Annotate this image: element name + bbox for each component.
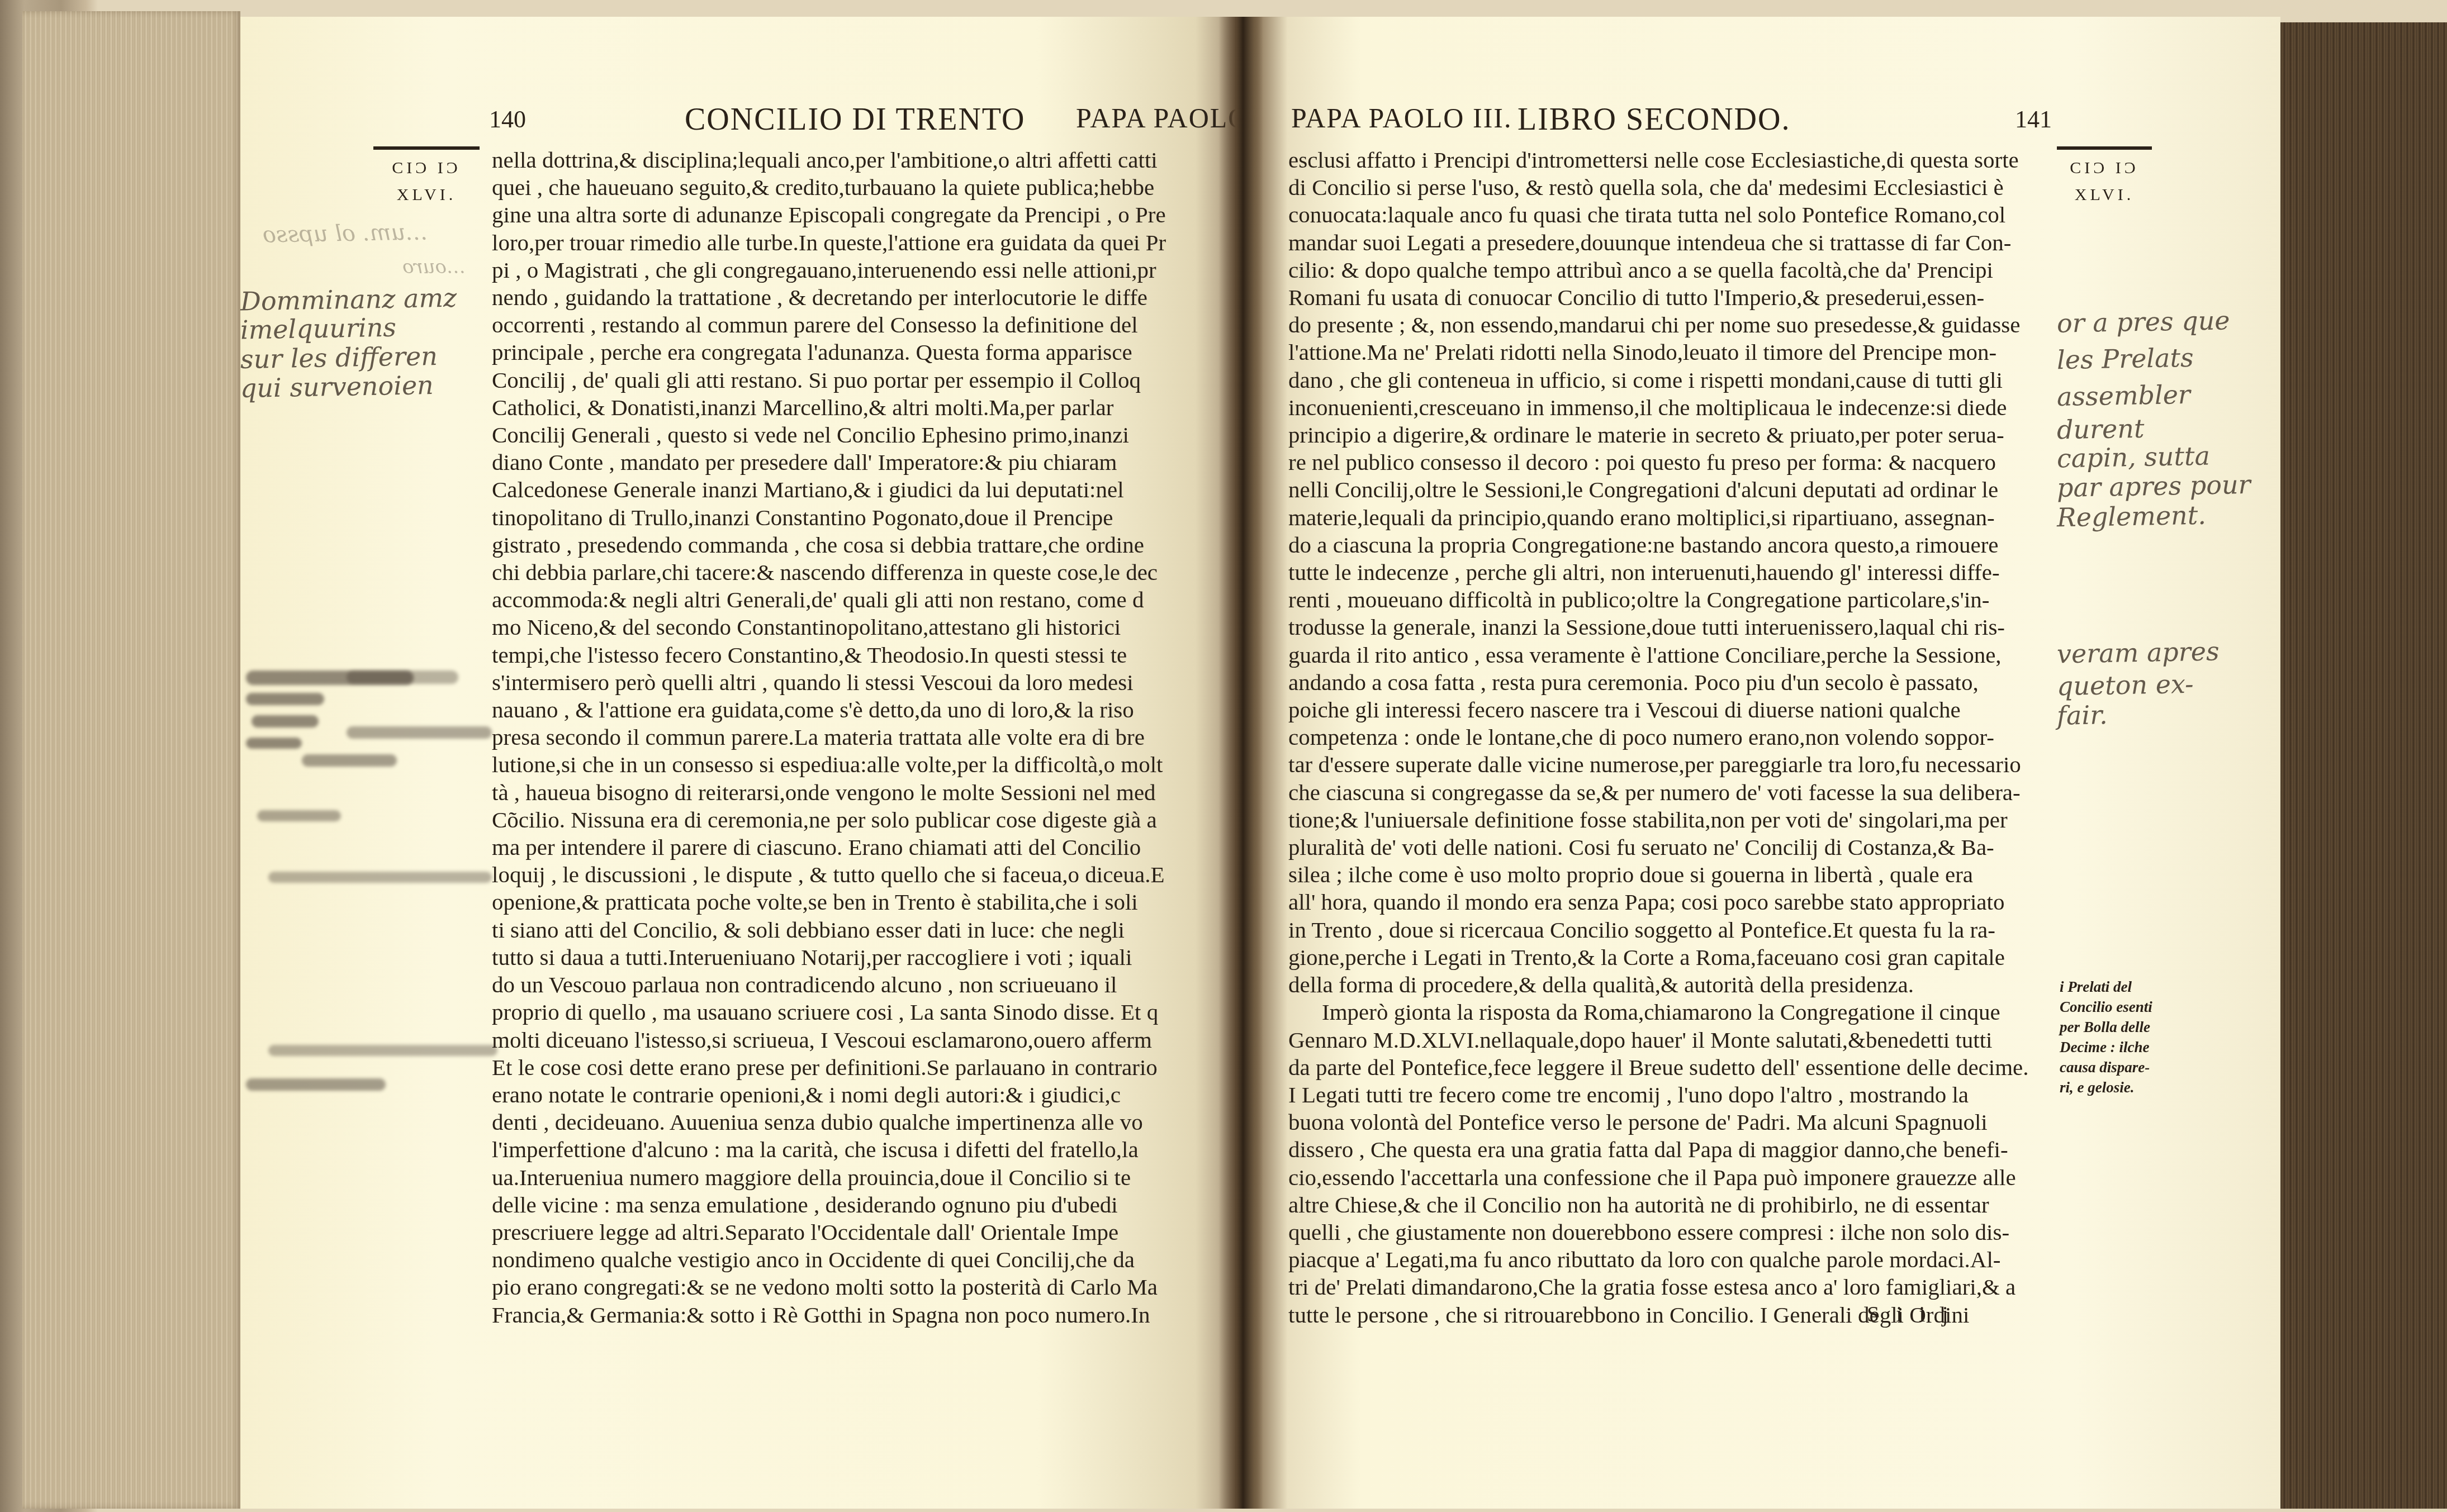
text-line: materie,lequali da principio,quando eran… [1288, 504, 2054, 531]
text-line: trodusse la generale, inanzi la Sessione… [1288, 614, 2054, 641]
text-line: Et le cose cosi dette erano prese per de… [492, 1054, 1235, 1081]
side-note-line: per Bolla delle [2060, 1017, 2152, 1037]
margin-year-line1: CIϽ IϽ [373, 159, 480, 178]
handwritten-note-right: veram apres [2057, 635, 2220, 669]
text-line: openione,& pratticata poche volte,se ben… [492, 888, 1235, 916]
text-line: piacque a' Legati,ma fu anco ributtato d… [1288, 1246, 2054, 1273]
ink-bleed-smudge [252, 715, 319, 728]
text-line: lutione,si che in un consesso si espediu… [492, 751, 1235, 778]
margin-year-line2: XLVI. [2057, 186, 2152, 205]
left-page-number: 140 [489, 105, 526, 134]
text-line: tinopolitano di Trullo,inanzi Constantin… [492, 504, 1235, 531]
text-line: tar d'essere superate dalle vicine numer… [1288, 751, 2054, 778]
text-line: della forma di procedere,& della qualità… [1288, 971, 2054, 999]
text-line: presa secondo il commun parere.La materi… [492, 724, 1235, 751]
text-line: occorrenti , restando al commun parere d… [492, 311, 1235, 339]
marginal-side-note: i Prelati del Concilio esenti per Bolla … [2060, 977, 2152, 1097]
ink-bleed-smudge [246, 693, 324, 705]
text-line: pluralità de' voti delle nationi. Cosi f… [1288, 834, 2054, 861]
text-line: silea ; ilche come è uso molto proprio d… [1288, 861, 2054, 888]
handwritten-note-right: assembler [2057, 379, 2191, 412]
handwritten-note-left: Domminanz amz [240, 282, 457, 317]
bleedthrough-annotation: …ouro [402, 251, 466, 283]
text-line: guarda il rito antico , essa veramente è… [1288, 641, 2054, 669]
left-page-body-text: nella dottrina,& disciplina;lequali anco… [492, 146, 1235, 1329]
signature-mark: Siij [1867, 1301, 1965, 1327]
left-margin-year: CIϽ IϽ XLVI. [373, 146, 480, 205]
text-line: mo Niceno,& del secondo Constantinopolit… [492, 614, 1235, 641]
margin-year-line1: CIϽ IϽ [2057, 159, 2152, 178]
text-line: all' hora, quando il mondo era senza Pap… [1288, 888, 2054, 916]
text-line: nendo , guidando la trattatione , & decr… [492, 284, 1235, 311]
text-line: loquij , le discussioni , le dispute , &… [492, 861, 1235, 888]
book-gutter [1218, 17, 1263, 1509]
right-running-head: LIBRO SECONDO. [1517, 102, 1790, 137]
handwritten-note-right: queton ex- [2057, 668, 2194, 702]
handwritten-note-right: Reglement. [2057, 500, 2207, 534]
left-page-stack-edge [22, 11, 240, 1509]
left-running-head: CONCILIO DI TRENTO [685, 102, 1025, 137]
text-line: Concilij Generali , questo si vede nel C… [492, 421, 1235, 449]
handwritten-note-left: qui survenoien [240, 369, 434, 404]
text-line: Imperò gionta la risposta da Roma,chiama… [1288, 999, 2054, 1026]
ink-bleed-smudge [246, 738, 302, 749]
text-line: gione,perche i Legati in Trento,& la Cor… [1288, 944, 2054, 971]
text-line: nondimeno qualche vestigio anco in Occid… [492, 1246, 1235, 1273]
text-line: molti diceuano l'istesso,si scriueua, I … [492, 1026, 1235, 1054]
text-line: di Concilio si perse l'uso, & restò quel… [1288, 174, 2054, 201]
text-line: principale , perche era congregata l'adu… [492, 339, 1235, 366]
text-line: tutte le indecenze , perche gli altri, n… [1288, 559, 2054, 586]
ink-bleed-smudge [268, 1045, 497, 1056]
right-page-number: 141 [2015, 105, 2052, 134]
text-line: tempi,che l'istesso fecero Constantino,&… [492, 641, 1235, 669]
text-line: buona volontà del Pontefice verso le per… [1288, 1109, 2054, 1136]
text-line: inconuenienti,cresceuano in immenso,il c… [1288, 394, 2054, 421]
right-margin-year: CIϽ IϽ XLVI. [2057, 146, 2152, 205]
text-line: do presente ; &, non essendo,mandarui ch… [1288, 311, 2054, 339]
text-line: cilio: & dopo qualche tempo attribuì anc… [1288, 256, 2054, 284]
ink-bleed-smudge [268, 872, 492, 883]
ink-bleed-smudge [302, 754, 397, 767]
text-line: mandar suoi Legati a presedere,douunque … [1288, 229, 2054, 256]
text-line: competenza : onde le lontane,che di poco… [1288, 724, 2054, 751]
text-line: erano notate le contrarie openioni,& i n… [492, 1081, 1235, 1109]
text-line: quei , che haueuano seguito,& credito,tu… [492, 174, 1235, 201]
side-note-line: Decime : ilche [2060, 1037, 2152, 1057]
handwritten-note-right: par apres pour [2057, 469, 2251, 503]
text-line: gistrato , presedendo commanda , che cos… [492, 531, 1235, 559]
text-line: dano , che gli conteneua in ufficio, si … [1288, 367, 2054, 394]
text-line: accommoda:& negli altri Generali,de' qua… [492, 586, 1235, 614]
text-line: tutto si daua a tutti.Interueniuano Nota… [492, 944, 1235, 971]
side-note-line: Concilio esenti [2060, 997, 2152, 1017]
text-line: che ciascuna si congregasse da se,& per … [1288, 779, 2054, 806]
text-line: Catholici, & Donatisti,inanzi Marcellino… [492, 394, 1235, 421]
text-line: ua.Interueniua numero maggiore della pro… [492, 1164, 1235, 1191]
text-line: tione;& l'uniuersale definitione fosse s… [1288, 806, 2054, 834]
ink-bleed-smudge [257, 810, 341, 821]
ink-bleed-smudge [246, 1078, 386, 1091]
text-line: nelli Concilij,oltre le Sessioni,le Cong… [1288, 476, 2054, 503]
text-line: diano Conte , mandato per presedere dall… [492, 449, 1235, 476]
text-line: tri de' Prelati dimandarono,Che la grati… [1288, 1273, 2054, 1301]
text-line: l'imperfettione d'alcuno : ma la carità,… [492, 1136, 1235, 1163]
text-line: nauano , & l'attione era guidata,come s'… [492, 696, 1235, 724]
text-line: principio a digerire,& ordinare le mater… [1288, 421, 2054, 449]
text-line: renti , moueuano difficoltà in publico;o… [1288, 586, 2054, 614]
text-line: ti siano atti del Concilio, & soli debbi… [492, 916, 1235, 944]
text-line: I Legati tutti tre fecero come tre encom… [1288, 1081, 2054, 1109]
side-note-line: i Prelati del [2060, 977, 2152, 997]
text-line: s'intermisero però quelli altri , quando… [492, 669, 1235, 696]
text-line: Gennaro M.D.XLVI.nellaquale,dopo hauer' … [1288, 1026, 2054, 1054]
right-running-head-pope: PAPA PAOLO III. [1291, 102, 1512, 134]
handwritten-note-right: fair. [2057, 699, 2108, 731]
handwritten-note-right: les Prelats [2057, 342, 2194, 375]
text-line: Romani fu usata di conuocar Concilio di … [1288, 284, 2054, 311]
text-line: altre Chiese,& che il Concilio non ha au… [1288, 1191, 2054, 1219]
ink-bleed-smudge [347, 726, 492, 739]
text-line: nella dottrina,& disciplina;lequali anco… [492, 146, 1235, 174]
handwritten-note-right: durent [2057, 413, 2145, 446]
text-line: cio,essendo l'accettarla una confessione… [1288, 1164, 2054, 1191]
signature-letter: S [1867, 1301, 1896, 1326]
side-note-line: causa dispare- [2060, 1057, 2152, 1077]
text-line: in Trento , doue si ricercaua Concilio s… [1288, 916, 2054, 944]
text-line: loro,per trouar rimedio alle turbe.In qu… [492, 229, 1235, 256]
open-book: 140 CONCILIO DI TRENTO PAPA PAOLO III. C… [0, 0, 2447, 1512]
text-line: poiche gli interessi fecero nascere tra … [1288, 696, 2054, 724]
side-note-line: ri, e gelosie. [2060, 1077, 2152, 1097]
handwritten-note-left: imelquurins [240, 312, 397, 346]
margin-rule [373, 146, 480, 150]
signature-number: iij [1896, 1301, 1965, 1326]
text-line: quelli , che giustamente non douerebbono… [1288, 1219, 2054, 1246]
text-line: da parte del Pontefice,fece leggere il B… [1288, 1054, 2054, 1081]
text-line: delle vicine : ma senza emulatione , des… [492, 1191, 1235, 1219]
text-line: prescriuere legge ad altri.Separato l'Oc… [492, 1219, 1235, 1246]
text-line: tà , haueua bisogno di reiterarsi,onde v… [492, 779, 1235, 806]
handwritten-note-right: capin, sutta [2057, 440, 2211, 474]
text-line: re nel publico consesso il decoro : poi … [1288, 449, 2054, 476]
text-line: denti , decideuano. Auueniua senza dubio… [492, 1109, 1235, 1136]
text-line: conuocata:laquale anco fu quasi che tira… [1288, 201, 2054, 229]
bleedthrough-annotation: …um. ol upsso [263, 216, 428, 250]
text-line: pio erano congregati:& se ne vedono molt… [492, 1273, 1235, 1301]
text-line: Francia,& Germania:& sotto i Rè Gotthi i… [492, 1301, 1235, 1329]
text-line: gine una altra sorte di adunanze Episcop… [492, 201, 1235, 229]
text-line: proprio di quello , ma usauano scriuere … [492, 999, 1235, 1026]
text-line: dissero , Che questa era una gratia fatt… [1288, 1136, 2054, 1163]
text-line: Concilij , de' quali gli atti restano. S… [492, 367, 1235, 394]
text-line: esclusi affatto i Prencipi d'intrometter… [1288, 146, 2054, 174]
text-line: do a ciascuna la propria Congregatione:n… [1288, 531, 2054, 559]
text-line: do un Vescouo parlaua non contradicendo … [492, 971, 1235, 999]
text-line: Calcedonese Generale inanzi Martiano,& i… [492, 476, 1235, 503]
text-line: Cõcilio. Nissuna era di ceremonia,ne per… [492, 806, 1235, 834]
right-page-body-text: esclusi affatto i Prencipi d'intrometter… [1288, 146, 2054, 1329]
handwritten-note-right: or a pres que [2057, 305, 2230, 339]
text-line: chi debbia parlare,chi tacere:& nascendo… [492, 559, 1235, 586]
ink-bleed-smudge [347, 671, 458, 684]
text-line: l'attione.Ma ne' Prelati ridotti nella S… [1288, 339, 2054, 366]
text-line: pi , o Magistrati , che gli congregauano… [492, 256, 1235, 284]
right-page-stack-edge [2280, 22, 2447, 1509]
text-line: ma per intendere il parere di ciascuno. … [492, 834, 1235, 861]
margin-year-line2: XLVI. [373, 186, 480, 205]
margin-rule [2057, 146, 2152, 150]
text-line: andando a cosa fatta , resta pura ceremo… [1288, 669, 2054, 696]
